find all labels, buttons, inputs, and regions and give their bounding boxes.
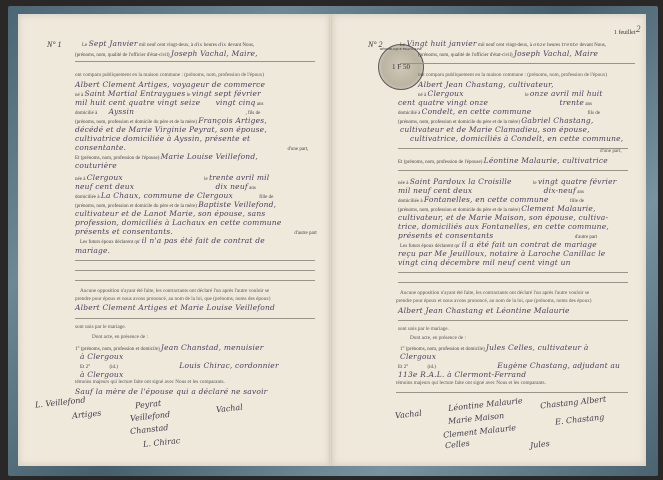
bride-name: Léontine Malaurie, cultivatrice <box>484 156 608 165</box>
contract-line-2: mariage. <box>75 245 110 256</box>
rule <box>398 170 628 171</box>
rule <box>398 320 628 321</box>
printed-officer-label: (prénoms, nom, qualité de l'officier d'é… <box>75 53 170 58</box>
act-date: Vingt huit janvier <box>407 39 477 48</box>
rule <box>75 270 315 271</box>
act2-officer-line: (prénoms, nom, qualité de l'officier d'é… <box>418 48 598 59</box>
rule <box>75 280 315 281</box>
bride-line: Et (prénoms, nom, profession de l'épouse… <box>398 155 608 166</box>
act-date: Sept Janvier <box>89 39 138 48</box>
officer-name: Joseph Vachal, Maire <box>514 49 598 58</box>
signature-note: Sauf la mère de l'épouse qui a déclaré n… <box>75 386 267 397</box>
spouses-names: Albert Jean Chastang et Léontine Malauri… <box>398 305 570 316</box>
rule <box>75 260 315 261</box>
bride-name: Marie Louise Veillefond, <box>161 152 258 161</box>
officer-name: Joseph Vachal, Maire, <box>171 49 258 58</box>
spouses-names: Albert Clement Artiges et Marie Louise V… <box>75 302 275 313</box>
rule <box>398 148 628 149</box>
rule <box>398 272 628 273</box>
groom-parents-3: cultivatrice, domiciliés à Condelt, en c… <box>410 133 623 144</box>
feuillet-label: 1 feuillet <box>614 30 636 36</box>
rule <box>75 318 315 319</box>
rule <box>398 282 628 283</box>
rule <box>400 63 635 64</box>
contract-line-3: vingt cinq décembre mil neuf cent vingt … <box>398 257 571 268</box>
act-number-left: N° 1 <box>47 40 62 49</box>
rule <box>396 392 628 393</box>
act1-officer-line: (prénoms, nom, qualité de l'officier d'é… <box>75 48 258 59</box>
rule <box>75 61 315 62</box>
bride-profession: couturière <box>75 160 117 171</box>
feuillet-number: 2 <box>636 24 641 34</box>
signature-statement: témoins majeurs qui lecture faite ont si… <box>396 378 546 389</box>
